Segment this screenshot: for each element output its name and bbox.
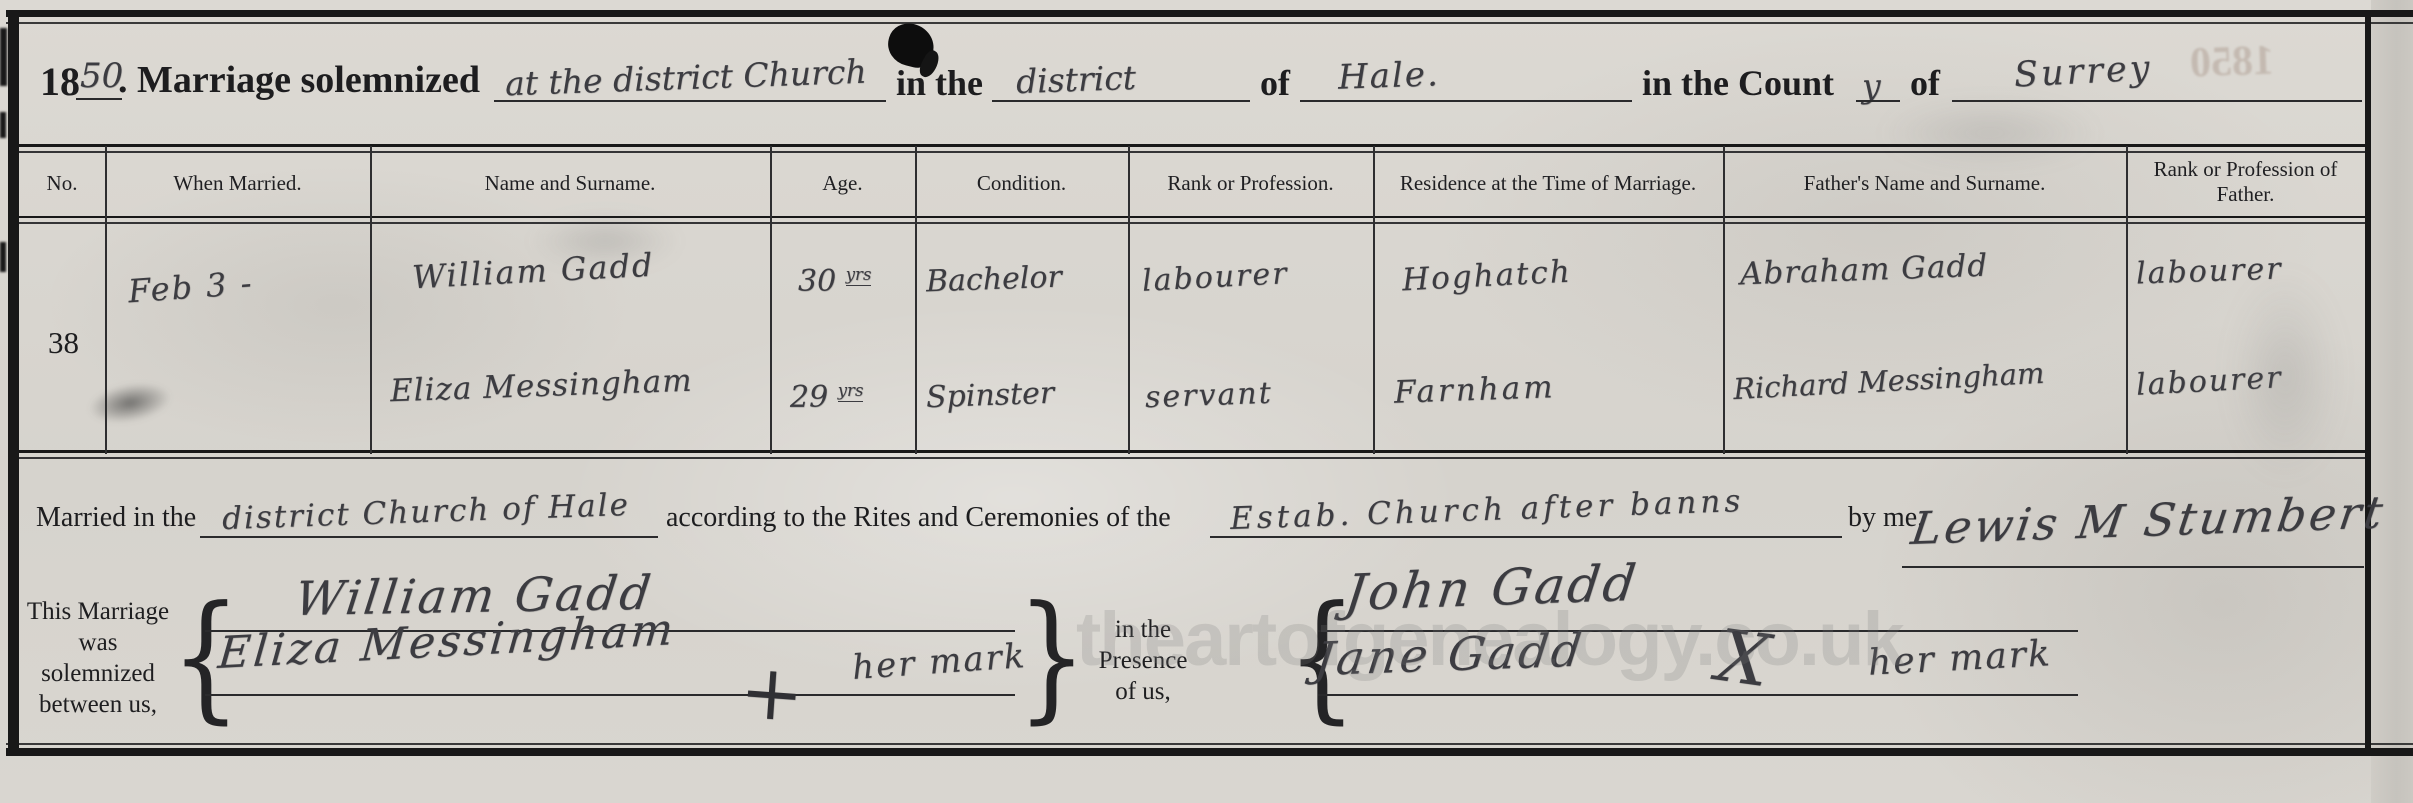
district-handwritten: district [1015,58,1136,101]
col-header-condition: Condition. [915,154,1128,212]
groom-father-profession: labourer [2135,251,2283,291]
county-underline [1952,100,2362,102]
witness2-signature-line [1318,694,2078,696]
year-underline [76,98,122,100]
scan-edge-mark [0,112,6,138]
married-in-the-label: Married in the [36,502,196,534]
scan-edge-mark [0,28,7,86]
when-married-handwritten: Feb 3 - [127,264,255,311]
marriage-register-scan: 18 50 . Marriage solemnized at the distr… [0,0,2413,803]
scan-edge-mark [0,242,6,272]
title-marriage-solemnized: . Marriage solemnized [118,58,480,102]
bride-age: 29 yrs [790,380,863,415]
this-marriage-caption: This Marriage was solemnized between us, [22,596,174,720]
caption-line: between us, [22,689,174,720]
bride-signature: Eliza Messingham [216,604,678,679]
bride-residence: Farnham [1393,369,1556,411]
church-of-hale-underline [200,536,658,538]
col-header-name-surname: Name and Surname. [370,154,770,212]
bride-mark-caption: her mark [851,636,1028,688]
frame-left [8,10,19,756]
bride-father-profession: labourer [2135,360,2283,403]
groom-age: 30 yrs [798,264,871,299]
officiant-underline [1902,566,2364,568]
rites-underline [1210,536,1842,538]
title-in-the-count: in the Count [1642,62,1834,104]
frame-bottom [6,748,2413,756]
col-header-when-married: When Married. [105,154,370,212]
col-header-rank-profession: Rank or Profession. [1128,154,1373,212]
frame-bottom-thin [6,743,2413,745]
col-header-father-rank: Rank or Profession of Father. [2126,150,2365,214]
frame-top [6,10,2413,17]
caption-line: solemnized [22,658,174,689]
title-of-1: of [1260,62,1290,104]
county-letter-underline [1856,100,1900,102]
col-header-age: Age. [770,154,915,212]
title-in-the: in the [896,62,983,104]
groom-profession: labourer [1141,256,1289,299]
frame-top-thin [6,22,2413,24]
groom-father-name: Abraham Gadd [1739,248,1988,293]
watermark-text: theartofgenealogy.co.uk [1076,596,1903,683]
caption-line: This Marriage [22,596,174,627]
page-edge-strip [2371,0,2413,803]
district-name-underline [1300,100,1632,102]
caption-line: was [22,627,174,658]
groom-condition: Bachelor [925,260,1062,300]
col-header-father-name: Father's Name and Surname. [1723,154,2126,212]
col-header-no: No. [19,154,105,212]
entry-number: 38 [48,325,79,361]
groom-residence: Hoghatch [1401,254,1572,299]
church-of-hale-handwritten: district Church of Hale [221,487,630,537]
table-bottom-rule-2 [19,457,2365,459]
title-of-2: of [1910,62,1940,104]
bride-condition: Spinster [925,376,1054,415]
bleedthrough-year: 1850 [2189,37,2275,88]
church-handwritten: at the district Church [504,52,867,104]
frame-right [2365,10,2371,756]
year-handwritten: 50 [80,56,123,96]
year-printed: 18 [40,58,80,105]
ink-smudge [85,377,174,429]
col-header-residence: Residence at the Time of Marriage. [1373,154,1723,212]
rites-handwritten: Estab. Church after banns [1230,483,1745,537]
bride-profession: servant [1144,376,1273,415]
county-handwritten: Surrey [2013,48,2153,95]
bride-signature-line [205,694,1015,696]
bride-name: Eliza Messingham [389,363,693,410]
bride-father-name: Richard Messingham [1732,356,2045,406]
rites-ceremonies-label: according to the Rites and Ceremonies of… [666,502,1171,534]
groom-name: William Gadd [411,246,655,297]
district-name-handwritten: Hale. [1337,54,1440,98]
bride-mark-cross: + [737,646,807,739]
officiant-signature: Lewis M Stumbert [1908,486,2389,555]
